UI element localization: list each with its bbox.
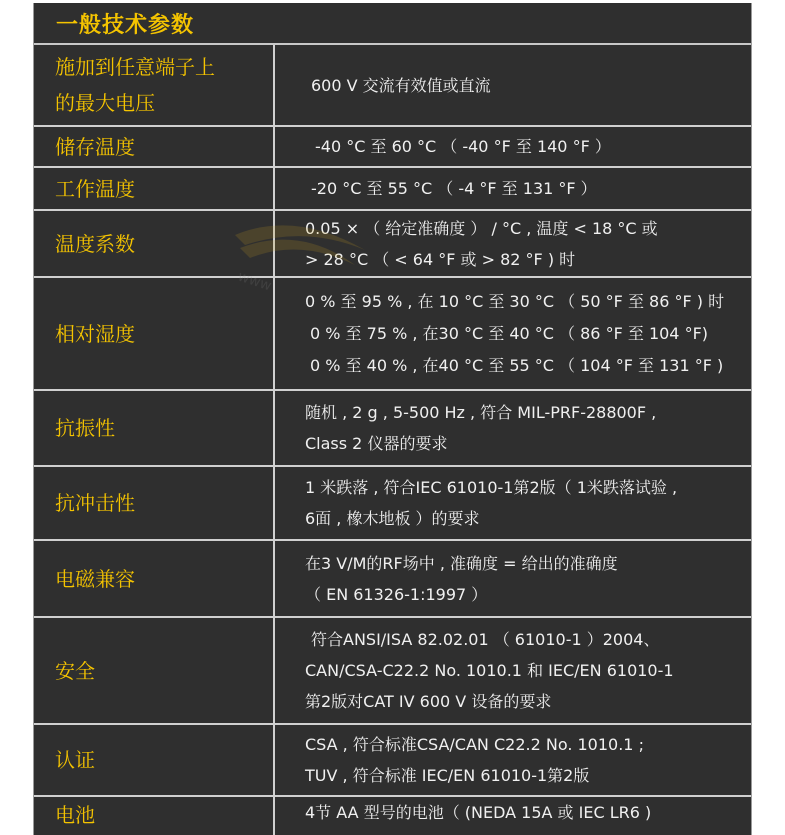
spec-row-shock: 抗冲击性 1 米跌落 , 符合IEC 61010-1第2版（ 1米跌落试验 , … bbox=[34, 467, 751, 541]
spec-value-line: -40 °C 至 60 °C （ -40 °F 至 140 °F ） bbox=[301, 131, 751, 162]
spec-label-line: 认证 bbox=[55, 742, 95, 778]
spec-row-battery: 电池 4节 AA 型号的电池（ (NEDA 15A 或 IEC LR6 ) bbox=[34, 797, 751, 835]
spec-row-relative-humidity: 相对湿度 0 % 至 95 % , 在 10 °C 至 30 °C （ 50 °… bbox=[34, 278, 751, 391]
table-title: 一般技术参数 bbox=[34, 8, 194, 39]
spec-value-line: 4节 AA 型号的电池（ (NEDA 15A 或 IEC LR6 ) bbox=[301, 797, 751, 828]
spec-value-line: 600 V 交流有效值或直流 bbox=[301, 70, 751, 101]
spec-value-line: 0 % 至 40 % , 在40 °C 至 55 °C （ 104 °F 至 1… bbox=[301, 350, 751, 382]
spec-value-line: 第2版对CAT IV 600 V 设备的要求 bbox=[301, 686, 751, 717]
spec-value: 符合ANSI/ISA 82.02.01 （ 61010-1 ）2004、 CAN… bbox=[275, 618, 751, 723]
spec-value-line: 在3 V/M的RF场中 , 准确度 = 给出的准确度 bbox=[301, 548, 751, 579]
spec-row-max-voltage: 施加到任意端子上 的最大电压 600 V 交流有效值或直流 bbox=[34, 45, 751, 127]
spec-label: 电池 bbox=[34, 797, 275, 835]
spec-value-line: CAN/CSA-C22.2 No. 1010.1 和 IEC/EN 61010-… bbox=[301, 655, 751, 686]
spec-label: 相对湿度 bbox=[34, 278, 275, 389]
spec-value: 600 V 交流有效值或直流 bbox=[275, 45, 751, 125]
spec-label-line: 安全 bbox=[55, 653, 95, 689]
spec-label-line: 抗冲击性 bbox=[55, 485, 135, 521]
spec-label-line: 相对湿度 bbox=[55, 316, 135, 352]
spec-value-line: 1 米跌落 , 符合IEC 61010-1第2版（ 1米跌落试验 , bbox=[301, 472, 751, 503]
spec-label: 抗冲击性 bbox=[34, 467, 275, 539]
spec-label: 温度系数 bbox=[34, 211, 275, 276]
spec-value: 1 米跌落 , 符合IEC 61010-1第2版（ 1米跌落试验 , 6面 , … bbox=[275, 467, 751, 539]
spec-value-line: CSA , 符合标准CSA/CAN C22.2 No. 1010.1 ; bbox=[301, 729, 751, 760]
spec-value: 在3 V/M的RF场中 , 准确度 = 给出的准确度 （ EN 61326-1:… bbox=[275, 541, 751, 616]
spec-label-line: 电磁兼容 bbox=[55, 561, 135, 597]
spec-label-line: 工作温度 bbox=[55, 171, 135, 207]
spec-value-line: 0.05 × （ 给定准确度 ） / °C , 温度 < 18 °C 或 bbox=[301, 213, 751, 244]
table-title-row: 一般技术参数 bbox=[34, 3, 751, 45]
spec-label: 施加到任意端子上 的最大电压 bbox=[34, 45, 275, 125]
spec-value: -40 °C 至 60 °C （ -40 °F 至 140 °F ） bbox=[275, 127, 751, 166]
spec-value-line: Class 2 仪器的要求 bbox=[301, 428, 751, 459]
spec-row-storage-temp: 储存温度 -40 °C 至 60 °C （ -40 °F 至 140 °F ） bbox=[34, 127, 751, 168]
spec-label-line: 储存温度 bbox=[55, 129, 135, 165]
spec-value: 4节 AA 型号的电池（ (NEDA 15A 或 IEC LR6 ) bbox=[275, 797, 751, 835]
spec-value: 0.05 × （ 给定准确度 ） / °C , 温度 < 18 °C 或 > 2… bbox=[275, 211, 751, 276]
spec-value-line: 随机 , 2 g , 5-500 Hz , 符合 MIL-PRF-28800F … bbox=[301, 397, 751, 428]
spec-label-line: 温度系数 bbox=[55, 226, 135, 262]
spec-row-vibration: 抗振性 随机 , 2 g , 5-500 Hz , 符合 MIL-PRF-288… bbox=[34, 391, 751, 467]
spec-row-operating-temp: 工作温度 -20 °C 至 55 °C （ -4 °F 至 131 °F ） bbox=[34, 168, 751, 211]
spec-value: -20 °C 至 55 °C （ -4 °F 至 131 °F ） bbox=[275, 168, 751, 209]
spec-row-certification: 认证 CSA , 符合标准CSA/CAN C22.2 No. 1010.1 ; … bbox=[34, 725, 751, 797]
spec-value-line: （ EN 61326-1:1997 ） bbox=[301, 579, 751, 610]
spec-value-line: -20 °C 至 55 °C （ -4 °F 至 131 °F ） bbox=[301, 173, 751, 204]
spec-label: 电磁兼容 bbox=[34, 541, 275, 616]
spec-value-line: TUV , 符合标准 IEC/EN 61010-1第2版 bbox=[301, 760, 751, 791]
spec-value-line: 符合ANSI/ISA 82.02.01 （ 61010-1 ）2004、 bbox=[301, 624, 751, 655]
spec-row-temp-coefficient: 温度系数 0.05 × （ 给定准确度 ） / °C , 温度 < 18 °C … bbox=[34, 211, 751, 278]
spec-label-line: 电池 bbox=[55, 797, 95, 833]
spec-label: 储存温度 bbox=[34, 127, 275, 166]
spec-value-line: > 28 °C （ < 64 °F 或 > 82 °F ) 时 bbox=[301, 244, 751, 275]
spec-value-line: 6面 , 橡木地板 ）的要求 bbox=[301, 503, 751, 534]
spec-table: 一般技术参数 施加到任意端子上 的最大电压 600 V 交流有效值或直流 储存温… bbox=[33, 3, 752, 835]
spec-value-line: 0 % 至 75 % , 在30 °C 至 40 °C （ 86 °F 至 10… bbox=[301, 318, 751, 350]
spec-label-line: 施加到任意端子上 bbox=[55, 49, 215, 85]
spec-label: 工作温度 bbox=[34, 168, 275, 209]
spec-label-line: 的最大电压 bbox=[55, 85, 215, 121]
spec-label-line: 抗振性 bbox=[55, 410, 115, 446]
spec-value: 随机 , 2 g , 5-500 Hz , 符合 MIL-PRF-28800F … bbox=[275, 391, 751, 465]
spec-row-emc: 电磁兼容 在3 V/M的RF场中 , 准确度 = 给出的准确度 （ EN 613… bbox=[34, 541, 751, 618]
spec-value: CSA , 符合标准CSA/CAN C22.2 No. 1010.1 ; TUV… bbox=[275, 725, 751, 795]
spec-label: 抗振性 bbox=[34, 391, 275, 465]
spec-label: 认证 bbox=[34, 725, 275, 795]
spec-value-line: 0 % 至 95 % , 在 10 °C 至 30 °C （ 50 °F 至 8… bbox=[301, 286, 751, 318]
spec-label: 安全 bbox=[34, 618, 275, 723]
spec-value: 0 % 至 95 % , 在 10 °C 至 30 °C （ 50 °F 至 8… bbox=[275, 278, 751, 389]
spec-row-safety: 安全 符合ANSI/ISA 82.02.01 （ 61010-1 ）2004、 … bbox=[34, 618, 751, 725]
